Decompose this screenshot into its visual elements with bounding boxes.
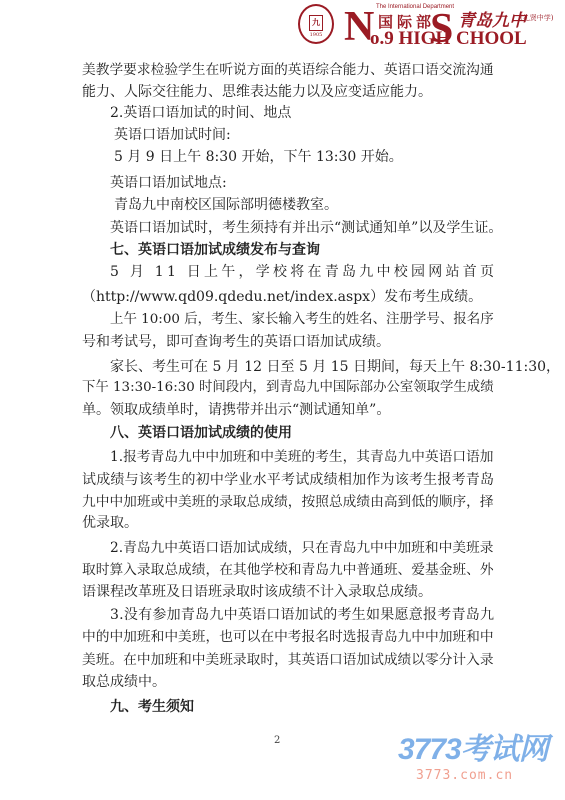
paragraph-line: 单。领取成绩单时，请携带并出示“测试通知单”。 bbox=[82, 401, 390, 419]
paragraph-line: 2.青岛九中英语口语加试成绩，只在青岛九中中加班和中美班录 bbox=[110, 539, 494, 557]
paragraph-line: 英语口语加试地点: bbox=[110, 174, 227, 192]
paragraph-line: 2.英语口语加试的时间、地点 bbox=[110, 104, 291, 122]
paragraph-line: 美班。在中加班和中美班录取时，其英语口语加试成绩以零分计入录 bbox=[82, 651, 494, 669]
seal-char: 九 bbox=[309, 15, 323, 31]
paragraph-line: 美教学要求检验学生在听说方面的英语综合能力、英语口语交流沟通 bbox=[82, 61, 494, 79]
paragraph-line: 号和考试号，即可查询考生的英语口语加试成绩。 bbox=[82, 333, 390, 351]
paragraph-line: 取总成绩中。 bbox=[82, 673, 166, 691]
paragraph-line: 中的中加班和中美班，也可以在中考报名时选报青岛九中中加班和中 bbox=[82, 628, 494, 646]
paragraph-line: 英语口语加试时，考生须持有并出示“测试通知单”以及学生证。 bbox=[110, 219, 502, 237]
paragraph-line: 英语口语加试时间: bbox=[114, 126, 231, 144]
watermark-url: 3773.com.cn bbox=[416, 768, 513, 783]
school-logo-header: 九 1905 N The International Department 国际… bbox=[296, 2, 561, 52]
paragraph-line: 3.没有参加青岛九中英语口语加试的考生如果愿意报考青岛九 bbox=[110, 606, 494, 624]
section-heading: 七、英语口语加试成绩发布与查询 bbox=[110, 241, 320, 259]
school-seal-icon: 九 1905 bbox=[298, 4, 334, 44]
logo-letter-s: S bbox=[430, 8, 453, 50]
paragraph-line: 家长、考生可在 5 月 12 日至 5 月 15 日期间，每天上午 8:30-1… bbox=[110, 358, 560, 376]
paragraph-line: 1.报考青岛九中中加班和中美班的考生，其青岛九中英语口语加 bbox=[110, 448, 494, 466]
paragraph-line: 下午 13:30-16:30 时间段内，到青岛九中国际部办公室领取学生成绩 bbox=[82, 379, 494, 397]
seal-year: 1905 bbox=[300, 32, 332, 38]
logo-chool: CHOOL bbox=[456, 29, 527, 49]
paragraph-line: 九中中加班或中美班的录取总成绩，按照总成绩由高到低的顺序，择 bbox=[82, 493, 494, 511]
paragraph-line: 5 月 11 日上午，学校将在青岛九中校园网站首页 bbox=[110, 263, 497, 281]
paragraph-line: 语课程改革班及日语班录取时该成绩不计入录取总成绩。 bbox=[82, 583, 432, 601]
section-heading: 八、英语口语加试成绩的使用 bbox=[110, 424, 292, 442]
document-page: 九 1905 N The International Department 国际… bbox=[0, 0, 565, 800]
paragraph-line: 优录取。 bbox=[82, 514, 138, 532]
logo-tagline: (礼贤中学) bbox=[520, 13, 553, 23]
paragraph-line: 试成绩与该考生的初中学业水平考试成绩相加作为该考生报考青岛 bbox=[82, 471, 494, 489]
paragraph-line: 5 月 9 日上午 8:30 开始，下午 13:30 开始。 bbox=[114, 148, 403, 166]
watermark-main-text: 3773考试网 bbox=[398, 734, 548, 766]
logo-school-cn: 青岛九中 bbox=[458, 6, 526, 31]
paragraph-line: （http://www.qd09.qdedu.net/index.aspx）发布… bbox=[82, 288, 482, 306]
section-heading: 九、考生须知 bbox=[110, 698, 194, 716]
paragraph-line: 取时算入录取总成绩，在其他学校和青岛九中普通班、爱基金班、外 bbox=[82, 561, 494, 579]
paragraph-line: 上午 10:00 后，考生、家长输入考生的姓名、注册学号、报名序 bbox=[110, 311, 494, 329]
paragraph-line: 能力、人际交往能力、思维表达能力以及应变适应能力。 bbox=[82, 83, 432, 101]
page-number: 2 bbox=[274, 735, 280, 746]
paragraph-line: 青岛九中南校区国际部明德楼教室。 bbox=[114, 196, 338, 214]
watermark-logo: 3773考试网 3773.com.cn bbox=[398, 734, 558, 794]
